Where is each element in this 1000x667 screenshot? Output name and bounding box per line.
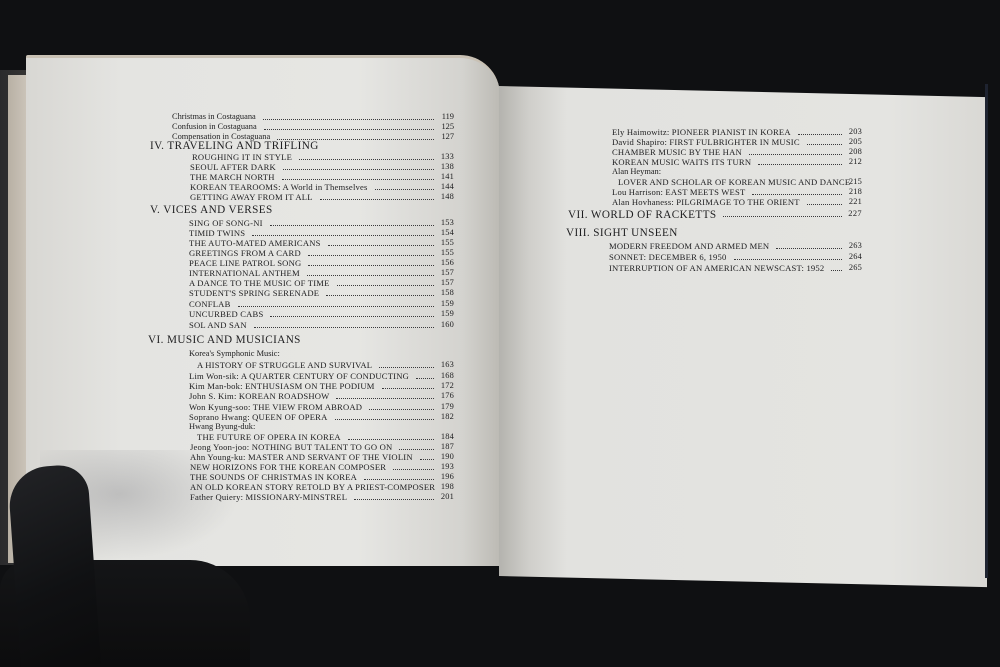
toc-entry-title: SEOUL AFTER DARK — [190, 162, 279, 172]
leader-dots — [416, 377, 434, 379]
leader-dots — [354, 498, 434, 500]
leader-dots — [831, 269, 842, 271]
toc-page-number: 201 — [441, 492, 454, 501]
toc-page-number: 176 — [441, 391, 454, 400]
toc-entry-title: Won Kyung-soo: THE VIEW FROM ABROAD — [189, 402, 365, 412]
book-cover-right-edge — [985, 84, 988, 578]
toc-chapter-heading: IV. TRAVELING AND TRIFLING — [150, 140, 454, 151]
toc-page-number: 172 — [441, 381, 454, 390]
toc-chapter-heading: V. VICES AND VERSES — [150, 204, 454, 215]
toc-entry-title: TIMID TWINS — [189, 228, 248, 238]
toc-entry-title: John S. Kim: KOREAN ROADSHOW — [189, 391, 332, 401]
toc-page-number: 153 — [441, 218, 454, 227]
toc-page-number: 156 — [441, 258, 454, 267]
toc-page-number: 263 — [849, 241, 862, 250]
leader-dots — [308, 264, 434, 266]
toc-entry: GETTING AWAY FROM IT ALL148 — [190, 192, 454, 203]
toc-page-number: 159 — [441, 299, 454, 308]
toc-page-number: 159 — [441, 309, 454, 318]
leader-dots — [264, 128, 434, 130]
leader-dots — [299, 158, 434, 160]
leader-dots — [752, 193, 842, 195]
toc-page-number: 154 — [441, 228, 454, 237]
toc-entry-title: THE MARCH NORTH — [190, 172, 278, 182]
toc-entry: UNCURBED CABS159 — [189, 309, 454, 320]
toc-entry-title: STUDENT'S SPRING SERENADE — [189, 288, 322, 298]
toc-page-number: 148 — [441, 192, 454, 201]
toc-entry-title: Ely Haimowitz: PIONEER PIANIST IN KOREA — [612, 127, 794, 137]
toc-entry: MODERN FREEDOM AND ARMED MEN263 — [609, 241, 862, 252]
leader-dots — [399, 448, 434, 450]
toc-page-number: 203 — [849, 127, 862, 136]
toc-entry-title: UNCURBED CABS — [189, 309, 266, 319]
toc-entry-title: VII. WORLD OF RACKETTS — [568, 209, 719, 221]
toc-entry-title: THE AUTO-MATED AMERICANS — [189, 238, 324, 248]
toc-entry-title: AN OLD KOREAN STORY RETOLD BY A PRIEST-C… — [190, 482, 438, 492]
toc-page-number: 265 — [849, 263, 862, 272]
leader-dots — [734, 258, 842, 260]
toc-page-number: 193 — [441, 462, 454, 471]
toc-entry-title: Christmas in Costaguana — [172, 112, 259, 121]
leader-dots — [335, 418, 434, 420]
toc-page-number: 198 — [441, 482, 454, 491]
toc-page-number: 138 — [441, 162, 454, 171]
toc-entry-title: David Shapiro: FIRST FULBRIGHTER IN MUSI… — [612, 137, 803, 147]
toc-page-number: 133 — [441, 152, 454, 161]
toc-page-number: 190 — [441, 452, 454, 461]
toc-page-number: 125 — [441, 122, 454, 131]
toc-entry-title: GETTING AWAY FROM IT ALL — [190, 192, 316, 202]
leader-dots — [758, 163, 842, 165]
toc-entry-title: SONNET: DECEMBER 6, 1950 — [609, 252, 730, 262]
toc-entry-title: GREETINGS FROM A CARD — [189, 248, 304, 258]
toc-page-number: 184 — [441, 432, 454, 441]
toc-entry-title: IV. TRAVELING AND TRIFLING — [150, 140, 322, 152]
toc-page-number: 179 — [441, 402, 454, 411]
leader-dots — [307, 274, 434, 276]
toc-entry: SOL AND SAN160 — [189, 320, 454, 331]
toc-page-number: 157 — [441, 278, 454, 287]
leader-dots — [776, 247, 842, 249]
toc-page-number: 218 — [849, 187, 862, 196]
leader-dots — [337, 284, 434, 286]
toc-page-number: 264 — [849, 252, 862, 261]
toc-chapter-heading: VI. MUSIC AND MUSICIANS — [148, 334, 454, 345]
leader-dots — [807, 203, 842, 205]
toc-entry-title: Jeong Yoon-joo: NOTHING BUT TALENT TO GO… — [190, 442, 395, 452]
toc-chapter-heading: VIII. SIGHT UNSEEN — [566, 227, 862, 238]
toc-entry-title: Korea's Symphonic Music: — [189, 349, 283, 358]
toc-page-number: 205 — [849, 137, 862, 146]
toc-entry-title: Father Quiery: MISSIONARY-MINSTREL — [190, 492, 350, 502]
toc-page-number: 160 — [441, 320, 454, 329]
leader-dots — [308, 254, 434, 256]
toc-entry: INTERRUPTION OF AN AMERICAN NEWSCAST: 19… — [609, 263, 862, 274]
toc-entry: STUDENT'S SPRING SERENADE158 — [189, 288, 454, 299]
toc-entry-title: ROUGHING IT IN STYLE — [192, 152, 295, 162]
leader-dots — [749, 153, 842, 155]
toc-page-number: 157 — [441, 268, 454, 277]
leader-dots — [263, 118, 434, 120]
toc-entry-title: Ahn Young-ku: MASTER AND SERVANT OF THE … — [190, 452, 416, 462]
toc-entry-title: THE FUTURE OF OPERA IN KOREA — [197, 432, 344, 442]
toc-entry-title: Hwang Byung-duk: — [189, 422, 258, 431]
toc-page-number: 144 — [441, 182, 454, 191]
toc-page-number: 196 — [441, 472, 454, 481]
toc-page-number: 119 — [442, 112, 454, 121]
toc-entry-title: A HISTORY OF STRUGGLE AND SURVIVAL — [197, 360, 375, 370]
toc-entry: SONNET: DECEMBER 6, 1950264 — [609, 252, 862, 263]
leader-dots — [270, 224, 434, 226]
toc-page-number: 212 — [849, 157, 862, 166]
toc-entry-title: Lou Harrison: EAST MEETS WEST — [612, 187, 748, 197]
toc-entry-title: PEACE LINE PATROL SONG — [189, 258, 304, 268]
toc-entry-title: INTERNATIONAL ANTHEM — [189, 268, 303, 278]
leader-dots — [375, 188, 434, 190]
toc-entry-title: Soprano Hwang: QUEEN OF OPERA — [189, 412, 331, 422]
leader-dots — [282, 178, 434, 180]
toc-page-number: 155 — [441, 238, 454, 247]
toc-entry-title: Alan Heyman: — [612, 167, 664, 176]
toc-page-number: 141 — [441, 172, 454, 181]
leader-dots — [393, 468, 434, 470]
toc-entry: John S. Kim: KOREAN ROADSHOW176 — [189, 391, 454, 402]
toc-entry-title: VIII. SIGHT UNSEEN — [566, 227, 681, 239]
leader-dots — [348, 438, 434, 440]
toc-entry-title: NEW HORIZONS FOR THE KOREAN COMPOSER — [190, 462, 389, 472]
toc-page-number: 208 — [849, 147, 862, 156]
leader-dots — [364, 478, 434, 480]
leader-dots — [420, 458, 434, 460]
toc-page-number: 221 — [849, 197, 862, 206]
leader-dots — [807, 143, 842, 145]
toc-entry-title: KOREAN TEAROOMS: A World in Themselves — [190, 182, 371, 192]
toc-entry-title: V. VICES AND VERSES — [150, 204, 276, 216]
leader-dots — [369, 408, 434, 410]
toc-page-number: 155 — [441, 248, 454, 257]
leader-dots — [328, 244, 434, 246]
leader-dots — [798, 133, 842, 135]
toc-entry-title: CONFLAB — [189, 299, 234, 309]
leader-dots — [254, 326, 434, 328]
toc-page-number: 168 — [441, 371, 454, 380]
leader-dots — [336, 397, 434, 399]
toc-entry-title: Kim Man-bok: ENTHUSIASM ON THE PODIUM — [189, 381, 378, 391]
leader-dots — [326, 294, 434, 296]
leader-dots — [320, 198, 434, 200]
toc-entry-title: Alan Hovhaness: PILGRIMAGE TO THE ORIENT — [612, 197, 803, 207]
toc-page-number: 163 — [441, 360, 454, 369]
toc-entry: A HISTORY OF STRUGGLE AND SURVIVAL163 — [197, 360, 454, 371]
toc-entry-title: A DANCE TO THE MUSIC OF TIME — [189, 278, 333, 288]
leader-dots — [382, 387, 434, 389]
toc-entry-title: CHAMBER MUSIC BY THE HAN — [612, 147, 745, 157]
leader-dots — [723, 215, 842, 217]
toc-entry-title: LOVER AND SCHOLAR OF KOREAN MUSIC AND DA… — [618, 177, 853, 187]
toc-entry: Father Quiery: MISSIONARY-MINSTREL201 — [190, 492, 454, 503]
toc-entry-title: Lim Won-sik: A QUARTER CENTURY OF CONDUC… — [189, 371, 412, 381]
leader-dots — [252, 234, 434, 236]
toc-entry-title: SING OF SONG-NI — [189, 218, 266, 228]
toc-entry-title: KOREAN MUSIC WAITS ITS TURN — [612, 157, 754, 167]
toc-page-number: 182 — [441, 412, 454, 421]
toc-entry-title: MODERN FREEDOM AND ARMED MEN — [609, 241, 772, 251]
leader-dots — [283, 168, 434, 170]
toc-chapter-heading: VII. WORLD OF RACKETTS227 — [568, 209, 862, 220]
toc-page-number: 158 — [441, 288, 454, 297]
toc-entry-title: THE SOUNDS OF CHRISTMAS IN KOREA — [190, 472, 360, 482]
toc-entry-title: INTERRUPTION OF AN AMERICAN NEWSCAST: 19… — [609, 263, 827, 273]
leader-dots — [270, 315, 434, 317]
leader-dots — [238, 305, 434, 307]
toc-entry: Korea's Symphonic Music: — [189, 349, 454, 360]
toc-entry: Alan Hovhaness: PILGRIMAGE TO THE ORIENT… — [612, 197, 862, 208]
toc-entry-title: Confusion in Costaguana — [172, 122, 260, 131]
toc-entry-title: SOL AND SAN — [189, 320, 250, 330]
gloved-hand — [7, 463, 101, 667]
toc-page-number: 227 — [848, 209, 862, 218]
leader-dots — [379, 366, 434, 368]
toc-entry-title: VI. MUSIC AND MUSICIANS — [148, 334, 304, 346]
toc-page-number: 187 — [441, 442, 454, 451]
